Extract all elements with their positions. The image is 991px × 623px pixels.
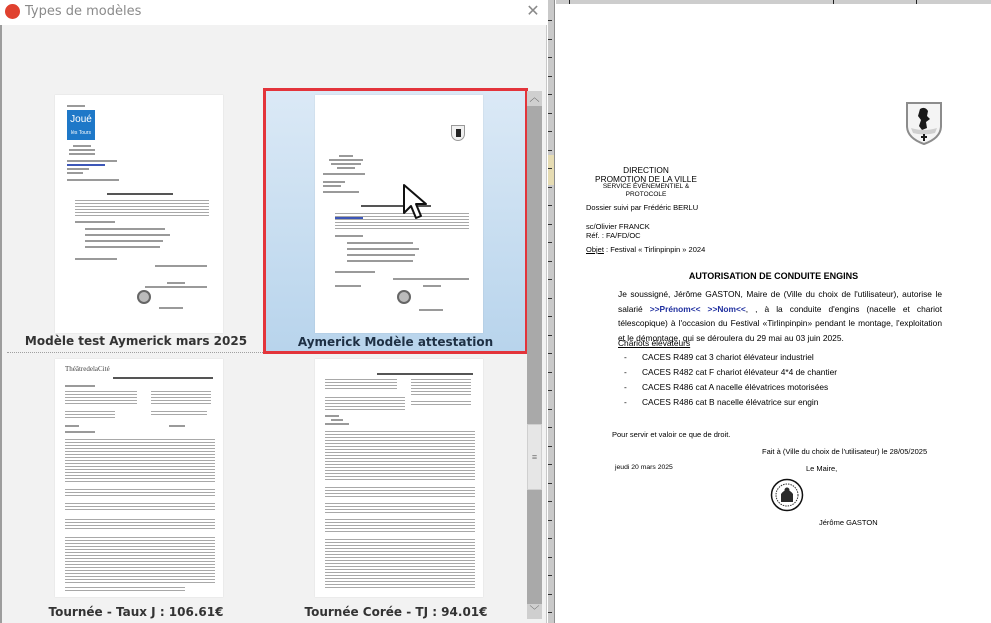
document-date: jeudi 20 mars 2025 — [615, 464, 673, 471]
scrollbar-thumb[interactable]: ≡ — [527, 424, 542, 490]
window-edge — [0, 25, 2, 623]
template-card-selected[interactable]: Aymerick Modèle attestation — [263, 88, 528, 354]
seal-icon — [397, 290, 411, 304]
placeholder-nom: >>Nom<< — [708, 304, 746, 314]
list-item: -CACES R482 cat F chariot élévateur 4*4 … — [624, 367, 837, 377]
closing-line: Pour servir et valoir ce que de droit. — [612, 430, 730, 439]
template-label: Tournée Corée - TJ : 94.01€ — [267, 605, 525, 619]
scroll-up-icon[interactable]: ︿ — [527, 91, 542, 106]
list-item: -CACES R486 cat B nacelle élévatrice sur… — [624, 397, 818, 407]
template-label: Aymerick Modèle attestation — [266, 335, 525, 349]
template-card[interactable]: ThéâtredelaCité To — [7, 354, 265, 623]
template-preview — [315, 359, 483, 597]
list-item: -CACES R489 cat 3 chariot élévateur indu… — [624, 352, 814, 362]
signatory-title: Le Maire, — [806, 464, 837, 473]
body-paragraph: Je soussigné, Jérôme GASTON, Maire de (V… — [618, 287, 942, 345]
theatre-logo: ThéâtredelaCité — [65, 365, 110, 373]
template-label: Tournée - Taux J : 106.61€ — [7, 605, 265, 619]
dialog-title: Types de modèles — [25, 4, 141, 19]
template-label: Modèle test Aymerick mars 2025 — [7, 334, 265, 348]
template-preview — [315, 95, 483, 333]
template-card[interactable]: Tournée Corée - TJ : 94.01€ — [267, 354, 525, 623]
objet-line: Objet : Festival « Tirlinpinpin » 2024 — [586, 245, 705, 254]
seal-icon — [137, 290, 151, 304]
header-service: SERVICE ÉVÈNEMENTIEL & — [586, 183, 706, 190]
template-gallery: Jouélès Tours — [7, 25, 527, 623]
crest-icon — [451, 125, 465, 141]
placeholder-prenom: >>Prénom<< — [650, 304, 701, 314]
dossier-line: Dossier suivi par Frédéric BERLU — [586, 203, 698, 212]
app-icon — [5, 4, 20, 19]
mouse-cursor-icon — [402, 183, 430, 223]
list-item: -CACES R486 cat A nacelle élévatrices mo… — [624, 382, 828, 392]
ref-line: Réf. : FA/FD/OC — [586, 231, 641, 240]
fait-line: Fait à (Ville du choix de l'utilisateur)… — [762, 447, 927, 456]
signatory-name: Jérôme GASTON — [819, 518, 878, 527]
dialog-titlebar[interactable]: Types de modèles ✕ — [0, 0, 547, 25]
template-types-dialog: Types de modèles ✕ Jouélès Tours — [0, 0, 547, 623]
document-title: AUTORISATION DE CONDUITE ENGINS — [556, 271, 991, 281]
official-seal-icon — [770, 478, 804, 512]
sc-line: sc/Olivier FRANCK — [586, 222, 650, 231]
scroll-down-icon[interactable]: ﹀ — [527, 604, 542, 619]
header-protocole: PROTOCOLE — [586, 191, 706, 198]
city-crest-icon — [905, 100, 943, 146]
vertical-ruler — [548, 0, 555, 623]
joue-logo: Jouélès Tours — [67, 110, 95, 140]
gallery-scrollbar[interactable]: ︿ ≡ ﹀ — [527, 91, 542, 619]
document-page[interactable]: DIRECTION PROMOTION DE LA VILLE SERVICE … — [556, 4, 991, 623]
section-heading: Chariots élévateurs — [618, 338, 690, 348]
template-preview: ThéâtredelaCité — [55, 359, 223, 597]
template-preview: Jouélès Tours — [55, 95, 223, 333]
template-card[interactable]: Jouélès Tours — [7, 90, 265, 352]
close-icon[interactable]: ✕ — [522, 2, 544, 22]
